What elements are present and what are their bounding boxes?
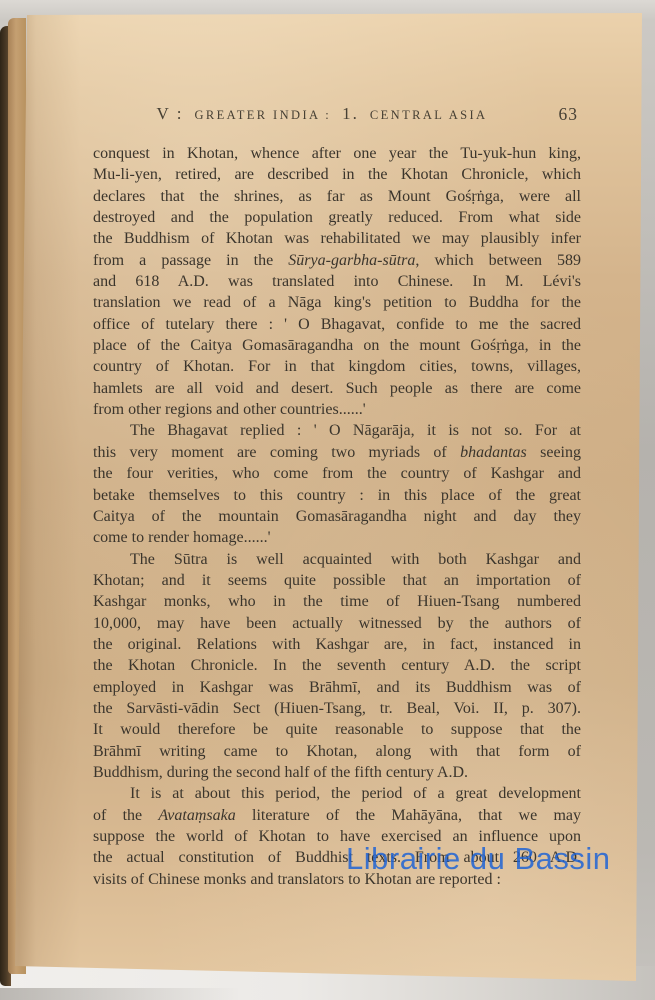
text-line: Mu-li-yen, retired, are described in the… [93,164,581,185]
header-title: V : GREATER INDIA : 1. CENTRAL ASIA [93,104,551,124]
watermark: Librairie du Bassin [346,841,611,877]
text-line: hamlets are all void and desert. Such pe… [93,378,581,399]
text-line: It is at about this period, the period o… [93,783,581,804]
header-chapter-title: CENTRAL ASIA [370,108,488,123]
text-line: translation we read of a Nāga king's pet… [93,292,581,313]
text-line: the four verities, who come from the cou… [93,463,581,484]
header-title-label: GREATER INDIA : [194,108,331,123]
text-line: Brāhmī writing came to Khotan, along wit… [93,741,581,762]
photo-background: V : GREATER INDIA : 1. CENTRAL ASIA 63 c… [0,0,655,1000]
text-line: and 618 A.D. was translated into Chinese… [93,271,581,292]
header-volume-label: V : [157,104,184,124]
text-line: Khotan; and it seems quite possible that… [93,570,581,591]
running-header: V : GREATER INDIA : 1. CENTRAL ASIA 63 [93,104,581,126]
text-line: conquest in Khotan, whence after one yea… [93,143,581,164]
text-line: the Sarvāsti-vādin Sect (Hiuen-Tsang, tr… [93,698,581,719]
paragraph: The Bhagavat replied : ' O Nāgarāja, it … [93,420,581,548]
text-line: declares that the shrines, as far as Mou… [93,186,581,207]
paragraph: conquest in Khotan, whence after one yea… [93,143,581,420]
paragraph: The Sūtra is well acquainted with both K… [93,549,581,784]
text-line: Caitya of the mountain Gomasāragandha ni… [93,506,581,527]
text-line: destroyed and the population greatly red… [93,207,581,228]
text-line: It would therefore be quite reasonable t… [93,719,581,740]
header-page-number: 63 [559,104,579,125]
text-line: Buddhism, during the second half of the … [93,762,581,783]
text-line: The Sūtra is well acquainted with both K… [93,549,581,570]
text-line: come to render homage......' [93,527,581,548]
text-line: the original. Relations with Kashgar are… [93,634,581,655]
text-line: betake themselves to this country : in t… [93,485,581,506]
text-line: country of Khotan. For in that kingdom c… [93,356,581,377]
text-line: of the Avataṃsaka literature of the Mahā… [93,805,581,826]
text-line: place of the Caitya Gomasāragandha on th… [93,335,581,356]
text-line: from a passage in the Sūrya-garbha-sūtra… [93,250,581,271]
text-line: this very moment are coming two myriads … [93,442,581,463]
text-line: the Khotan Chronicle. In the seventh cen… [93,655,581,676]
text-line: the Buddhism of Khotan was rehabilitated… [93,228,581,249]
body-text: conquest in Khotan, whence after one yea… [93,143,581,890]
header-chapter-number: 1. [342,104,359,124]
text-line: 10,000, may have been actually witnessed… [93,613,581,634]
text-line: The Bhagavat replied : ' O Nāgarāja, it … [93,420,581,441]
text-line: employed in Kashgar was Brāhmī, and its … [93,677,581,698]
text-line: Kashgar monks, who in the time of Hiuen-… [93,591,581,612]
text-line: from other regions and other countries..… [93,399,581,420]
text-line: office of tutelary there : ' O Bhagavat,… [93,314,581,335]
